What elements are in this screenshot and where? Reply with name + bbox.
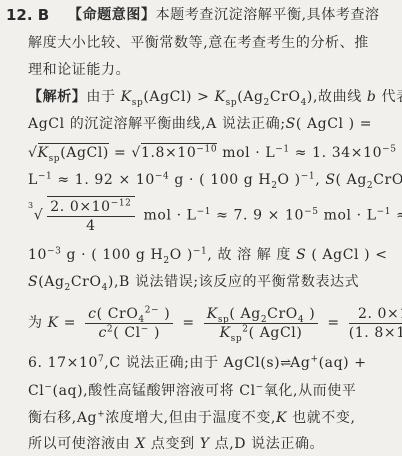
answer-explanation: 12. B 【命题意图】本题考查沉淀溶解平衡,具体考查溶 解度大小比较、平衡常数… <box>0 0 402 456</box>
equilibrium-arrow-icon: ⇌ <box>280 354 290 374</box>
analysis-line-5: 3√2. 0×10−124 mol · L−1 ≈ 7. 9 × 10−5 mo… <box>28 196 394 236</box>
fraction-ksp: Ksp( Ag2CrO4 )Ksp2( AgCl) <box>204 305 319 342</box>
analysis-line-2: AgCl 的沉淀溶解平衡曲线,A 说法正确;S( AgCl ) = <box>28 114 394 134</box>
fraction-concentration: c( CrO42− )c2( Cl− ) <box>85 305 173 342</box>
analysis-line-6: 10−3 g · ( 100 g H2O )−1, 故 溶 解 度 S ( Ag… <box>28 245 394 265</box>
analysis-line-3: √Ksp(AgCl) = √1.8×10−10 mol · L−1 ≈ 1. 3… <box>28 143 394 163</box>
analysis-tag: 【解析】 <box>28 89 86 105</box>
analysis-line-4: L−1 ≈ 1. 92 × 10−4 g · ( 100 g H2O )−1, … <box>28 170 394 190</box>
intent-line-1: 【命题意图】本题考查沉淀溶解平衡,具体考查溶 <box>68 5 394 25</box>
analysis-line-12: 所以可使溶液由 X 点变到 Y 点,D 说法正确。 <box>28 434 394 454</box>
analysis-line-9: 6. 17×107,C 说法正确;由于 AgCl(s)⇌Ag+(aq) + <box>28 353 394 374</box>
analysis-line-1: 【解析】由于 Ksp(AgCl) > Ksp(Ag2CrO4),故曲线 b 代表 <box>28 87 394 107</box>
analysis-line-7: S(Ag2CrO4),B 说法错误;该反应的平衡常数表达式 <box>28 272 394 292</box>
analysis-line-10: Cl−(aq),酸性高锰酸钾溶液可将 Cl−氧化,从而使平 <box>28 381 394 401</box>
analysis-line-8: 为 K = c( CrO42− )c2( Cl− ) = Ksp( Ag2CrO… <box>28 300 394 346</box>
fraction-numeric: 2. 0×10−12(1. 8×10−10)2 <box>349 305 402 342</box>
intent-line-2: 解度大小比较、平衡常数等,意在考查考生的分析、推 <box>28 33 394 53</box>
intent-line-3: 理和论证能力。 <box>28 60 394 80</box>
cube-root-fraction: 2. 0×10−124 <box>47 196 134 235</box>
intent-text-1: 本题考查沉淀溶解平衡,具体考查溶 <box>156 7 380 23</box>
analysis-line-11: 衡右移,Ag+浓度增大,但由于温度不变,K 也就不变, <box>28 408 394 428</box>
question-number: 12. B <box>6 6 49 24</box>
intent-tag: 【命题意图】 <box>68 7 156 23</box>
